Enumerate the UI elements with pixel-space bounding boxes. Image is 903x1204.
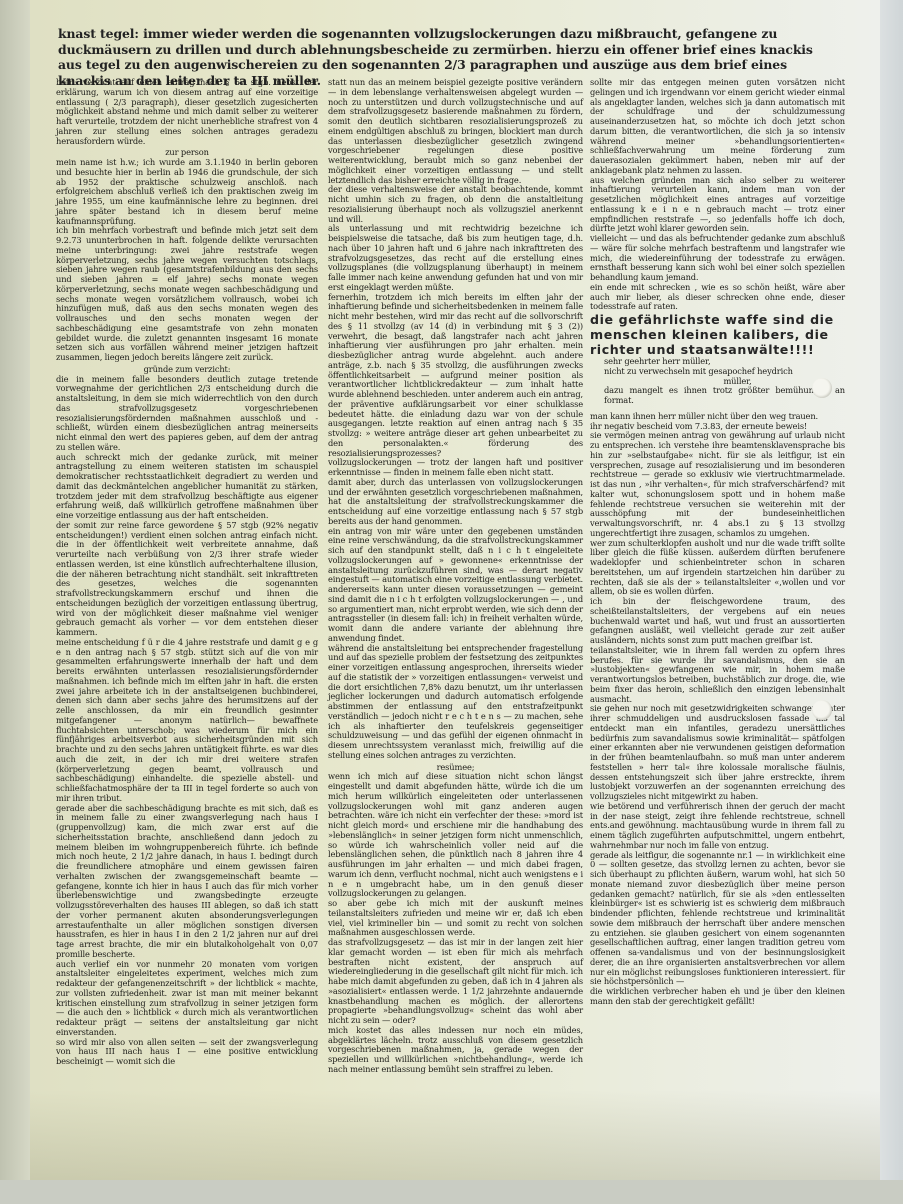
paragraph: vollzugslockerungen — trotz der langen h… — [328, 458, 583, 478]
column-3: sollte mir das entgegen meinen guten vor… — [590, 78, 845, 1007]
paragraph: während die anstaltsleitung bei entsprec… — [328, 644, 583, 761]
letter-paragraph: wie betörend und verführerisch ihnen der… — [590, 802, 845, 851]
letter-paragraph: gerade als leitfigur, die sogenannte nr.… — [590, 851, 845, 988]
letter-paragraph: ich bin der fleischgewordene traum, des … — [590, 597, 845, 646]
paragraph: mich kostet das alles indessen nur noch … — [328, 1026, 583, 1075]
column-2: statt nun das an meinem beispiel gezeigt… — [328, 78, 583, 1075]
paragraph: so aber gebe ich mich mit der auskunft m… — [328, 899, 583, 938]
page-shadow-right — [878, 0, 903, 1204]
paragraph: statt nun das an meinem beispiel gezeigt… — [328, 78, 583, 185]
paragraph: auch verlief ein vor nunmehr 20 monaten … — [56, 960, 318, 1038]
letter-closing: die wirklichen verbrecher haben eh und j… — [590, 987, 845, 1007]
paragraph: vielleicht — und das als befruchtender g… — [590, 234, 845, 283]
paragraph: aus welchen gründen man sich also selber… — [590, 176, 845, 235]
subject-line: betr.: verzicht auf einen antrag nach § … — [56, 78, 318, 146]
paragraph: die in meinem falle besonders deutlich z… — [56, 375, 318, 453]
page-bottom-edge — [0, 1180, 903, 1204]
paragraph: so wird mir also von allen seiten — seit… — [56, 1038, 318, 1067]
slogan-headline: die gefährlichste waffe sind die mensche… — [590, 312, 845, 357]
paragraph: auch schreckt mich der gedanke zurück, m… — [56, 453, 318, 521]
paragraph: damit aber, durch das unterlassen von vo… — [328, 478, 583, 527]
paragraph: als unterlassung und mit rechtwidrig bez… — [328, 224, 583, 292]
paragraph: mein name ist h.w.; ich wurde am 3.1.194… — [56, 158, 318, 226]
paragraph: fernerhin, trotzdem ich mich bereits im … — [328, 293, 583, 459]
letter-paragraph: sie vermögen meinen antrag von gewährung… — [590, 431, 845, 538]
paragraph: ein ende mit schrecken , wie es so schön… — [590, 283, 845, 312]
paragraph: sollte mir das entgegen meinen guten vor… — [590, 78, 845, 176]
paragraph: wenn ich mich auf diese situation nicht … — [328, 772, 583, 899]
paragraph: ich bin mehrfach vorbestraft und befinde… — [56, 226, 318, 363]
letter-paragraph: wer zum schulterklopfen ausholt und nur … — [590, 539, 845, 598]
paragraph: der diese verhaltensweise der anstalt be… — [328, 185, 583, 224]
paragraph: gerade aber die sachbeschädigung brachte… — [56, 804, 318, 960]
punch-hole — [812, 378, 832, 398]
paragraph: das strafvollzugsgesetz — das ist mir in… — [328, 938, 583, 1026]
letter-paragraph: teilanstaltsleiter, wie in ihrem fall we… — [590, 646, 845, 705]
paragraph: meine entscheidung f ü r die 4 jahre res… — [56, 638, 318, 804]
punch-hole — [812, 700, 832, 720]
column-1: betr.: verzicht auf einen antrag nach § … — [56, 78, 318, 1067]
page-shadow-left — [0, 0, 30, 1204]
paragraph: der somit zur reine farce gewordene § 57… — [56, 521, 318, 638]
letter-paragraph: sie gehen nur noch mit gesetzwidrigkeite… — [590, 704, 845, 802]
paragraph: ein antrag von mir wäre unter den gegebe… — [328, 527, 583, 644]
letter-salutation-line: dazu mangelt es ihnen trotz größter bemü… — [604, 386, 845, 406]
